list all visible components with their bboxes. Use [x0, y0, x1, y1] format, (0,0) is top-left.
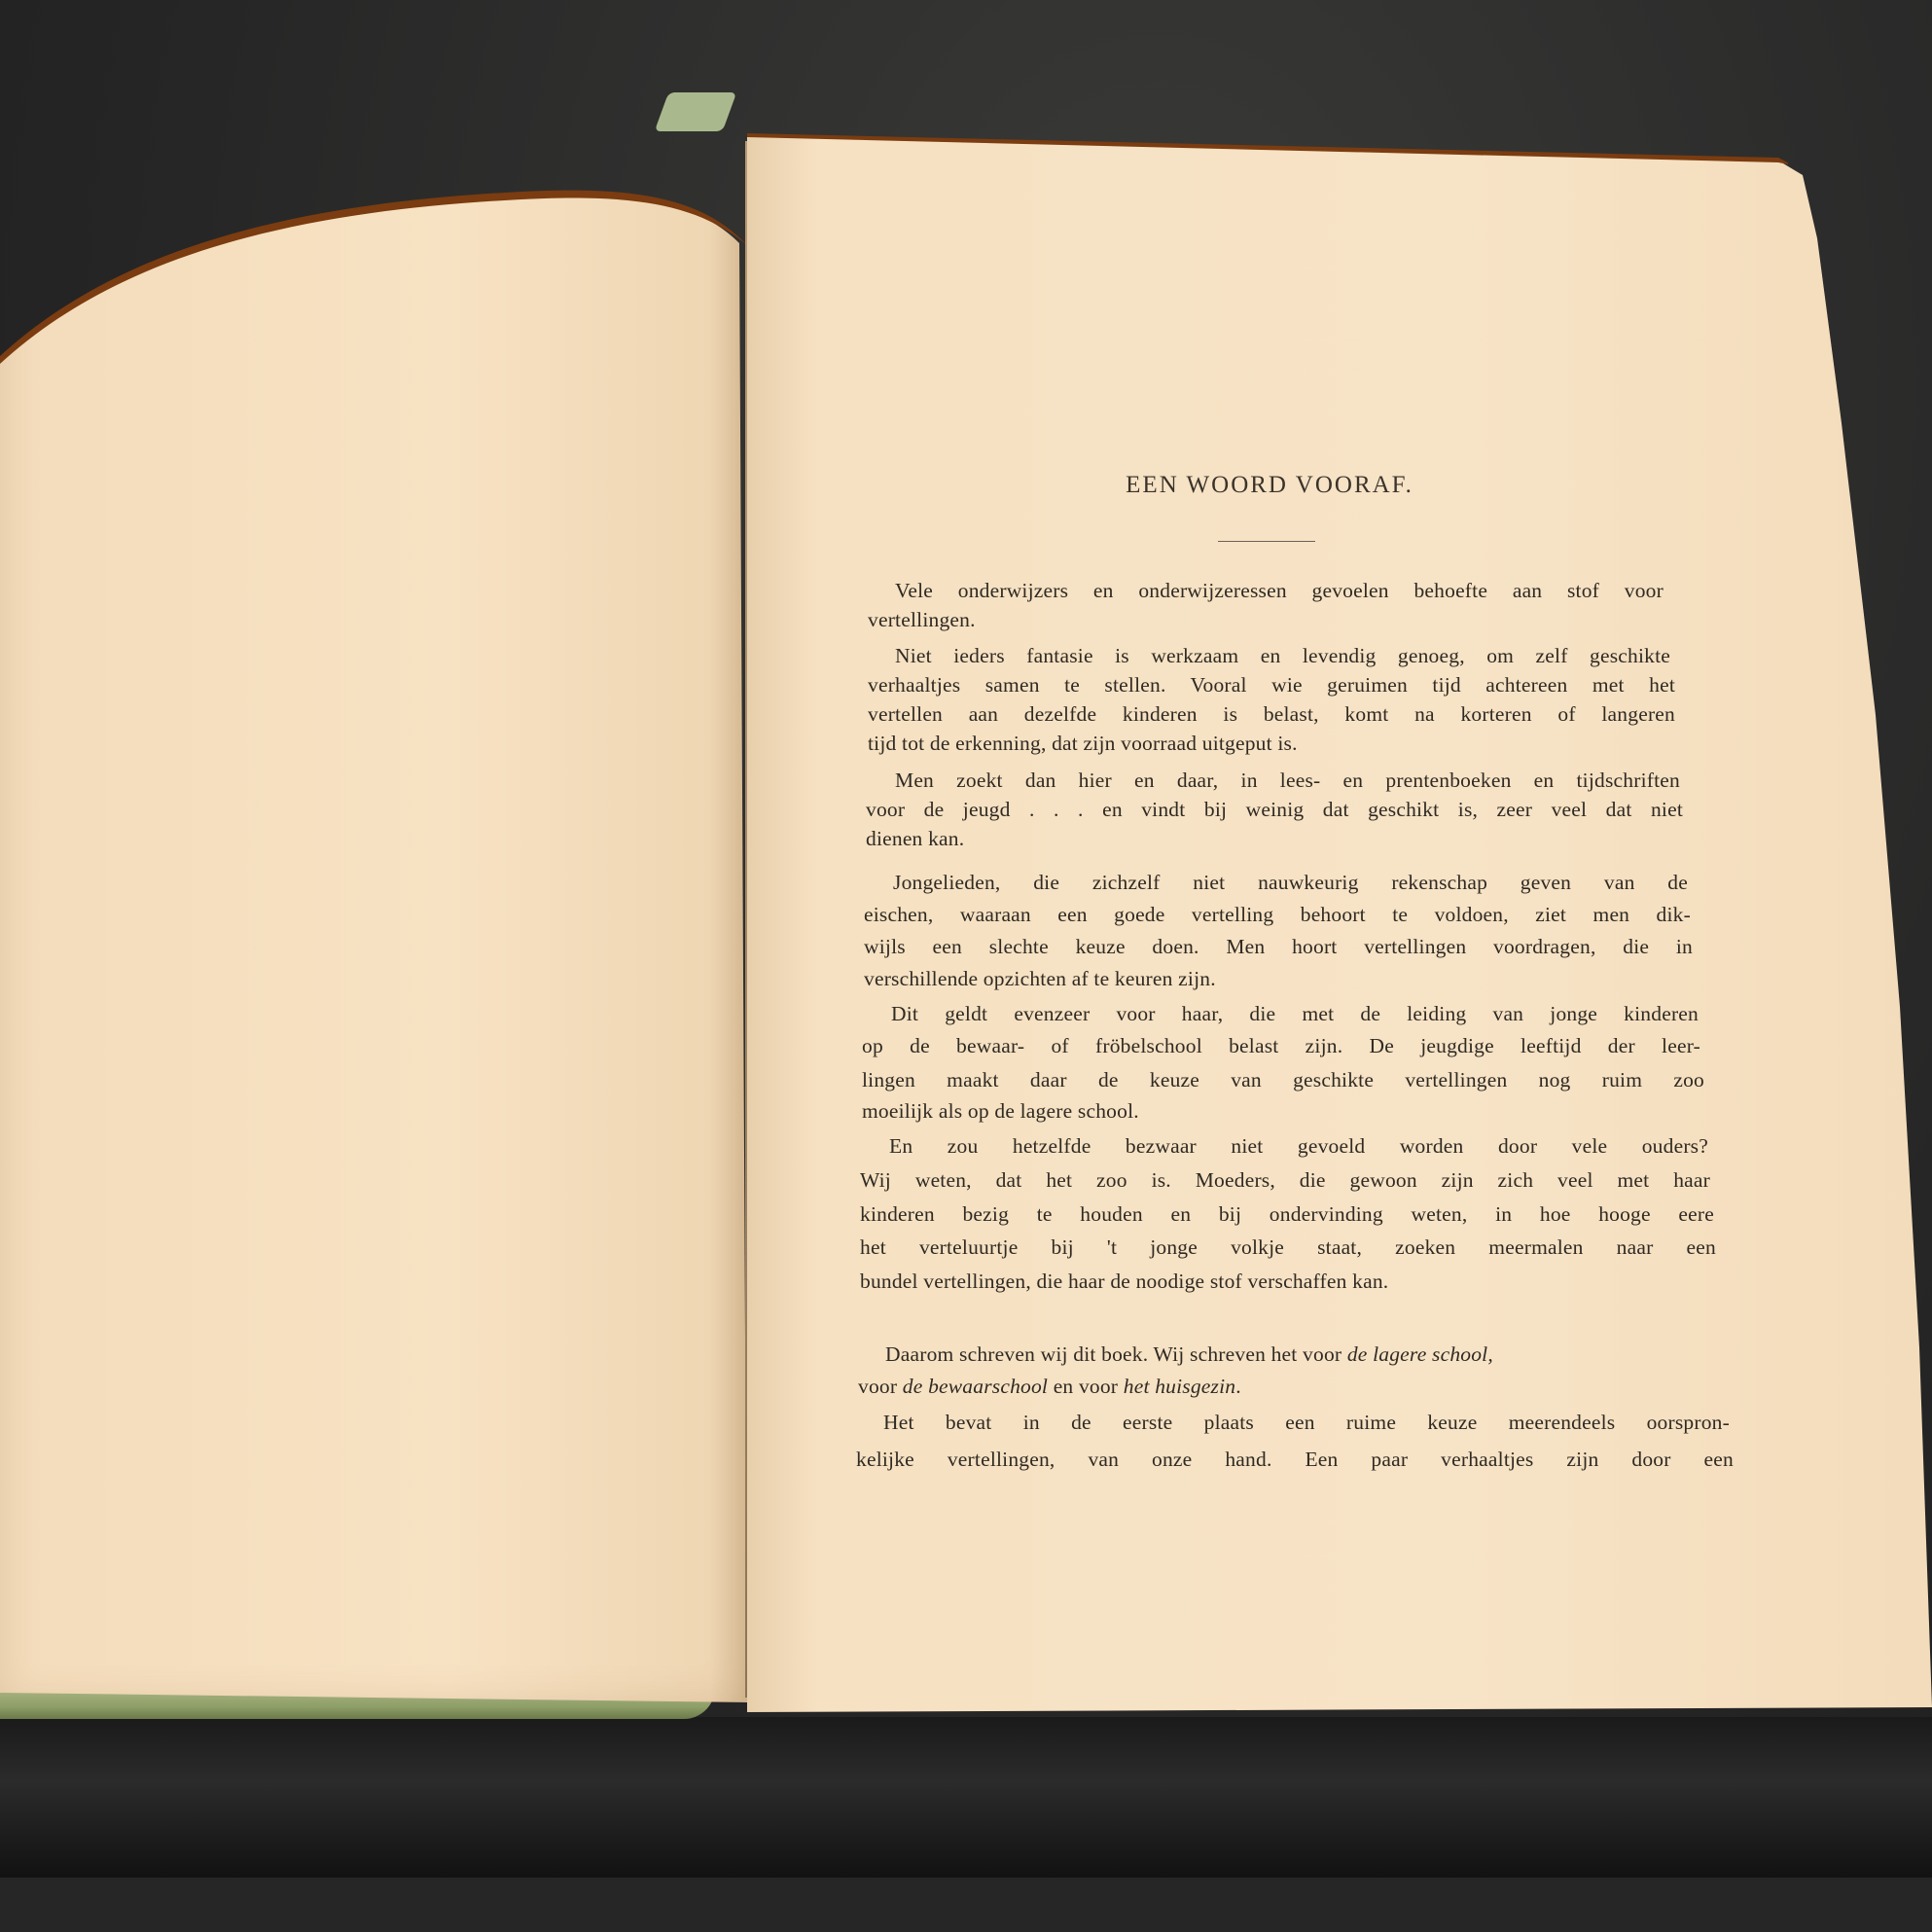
text-line: tijd tot de erkenning, dat zijn voorraad…: [868, 732, 1298, 756]
text-line: Daarom schreven wij dit boek. Wij schrev…: [885, 1342, 1493, 1367]
text-line: Dit geldt evenzeer voor haar, die met de…: [891, 1002, 1699, 1026]
text-line: het verteluurtje bij 't jonge volkje sta…: [860, 1235, 1716, 1260]
left-page: [0, 97, 747, 1702]
table-front: [0, 1878, 1932, 1932]
page-title: EEN WOORD VOORAF.: [1090, 472, 1449, 499]
title-rule: [1218, 541, 1315, 542]
text-line: Vele onderwijzers en onderwijzeressen ge…: [895, 579, 1664, 603]
text-line: verhaaltjes samen te stellen. Vooral wie…: [868, 673, 1675, 698]
text-line: En zou hetzelfde bezwaar niet gevoeld wo…: [889, 1134, 1708, 1159]
text-line: Niet ieders fantasie is werkzaam en leve…: [895, 644, 1670, 668]
text-line: moeilijk als op de lagere school.: [862, 1099, 1139, 1124]
text-line: vertellingen.: [868, 608, 976, 632]
text-line: op de bewaar- of fröbelschool belast zij…: [862, 1034, 1700, 1058]
text-line: eischen, waaraan een goede vertelling be…: [864, 903, 1691, 927]
text-line: lingen maakt daar de keuze van geschikte…: [862, 1068, 1704, 1092]
text-line: voor de bewaarschool en voor het huisgez…: [858, 1375, 1241, 1399]
text-line: bundel vertellingen, die haar de noodige…: [860, 1270, 1388, 1294]
text-line: wijls een slechte keuze doen. Men hoort …: [864, 935, 1693, 959]
text-line: kinderen bezig te houden en bij ondervin…: [860, 1202, 1714, 1227]
text-line: Men zoekt dan hier en daar, in lees- en …: [895, 769, 1680, 793]
text-line: voor de jeugd . . . en vindt bij weinig …: [866, 798, 1683, 822]
text-line: Jongelieden, die zichzelf niet nauwkeuri…: [893, 871, 1688, 895]
table-edge: [0, 1717, 1932, 1878]
text-line: Wij weten, dat het zoo is. Moeders, die …: [860, 1168, 1710, 1193]
italic-phrase: de lagere school,: [1347, 1342, 1493, 1366]
cover-corner: [655, 92, 737, 131]
italic-phrase: de bewaarschool: [903, 1375, 1048, 1398]
text-line: Het bevat in de eerste plaats een ruime …: [883, 1411, 1730, 1435]
text-line: verschillende opzichten af te keuren zij…: [864, 967, 1216, 991]
text-line: vertellen aan dezelfde kinderen is belas…: [868, 702, 1675, 727]
italic-phrase: het huisgezin: [1124, 1375, 1235, 1398]
text-line: kelijke vertellingen, van onze hand. Een…: [856, 1448, 1734, 1472]
text-line: dienen kan.: [866, 827, 964, 851]
